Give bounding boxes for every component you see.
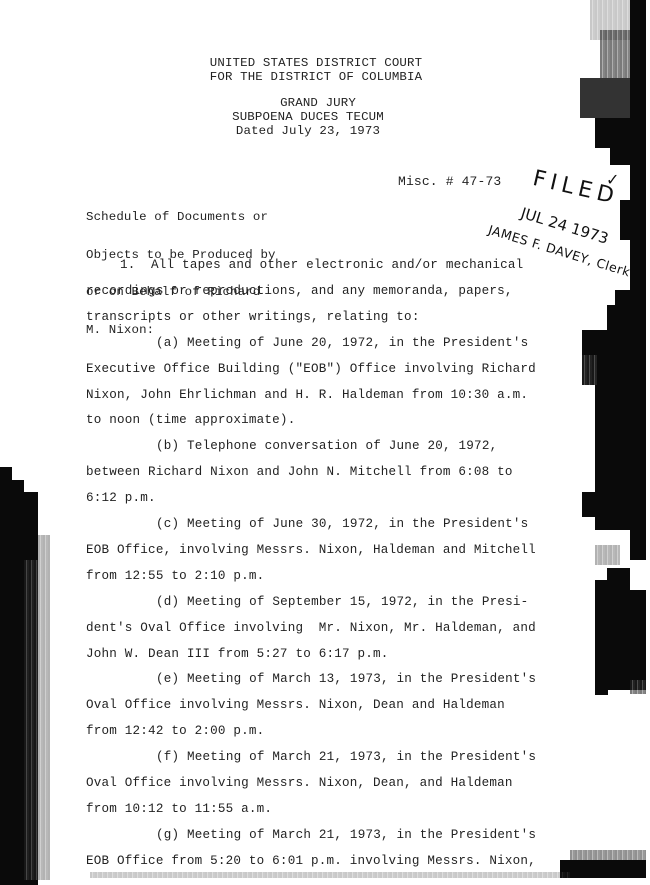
schedule-line: M. Nixon: [86, 324, 276, 337]
body-line: dent's Oval Office involving Mr. Nixon, … [86, 621, 536, 636]
document-page: UNITED STATES DISTRICT COURT FOR THE DIS… [0, 0, 650, 885]
schedule-line: Schedule of Documents or [86, 211, 276, 224]
body-line: (d) Meeting of September 15, 1972, in th… [156, 595, 528, 610]
body-line: Nixon, John Ehrlichman and H. R. Haldema… [86, 388, 528, 403]
body-line: to noon (time approximate). [86, 413, 295, 428]
body-line: (b) Telephone conversation of June 20, 1… [156, 439, 497, 454]
body-line: recordings or reproductions, and any mem… [86, 284, 513, 299]
body-line: (c) Meeting of June 30, 1972, in the Pre… [156, 517, 528, 532]
body-line: Executive Office Building ("EOB") Office… [86, 362, 536, 377]
body-line: from 10:12 to 11:55 a.m. [86, 802, 272, 817]
court-name: UNITED STATES DISTRICT COURT [10, 56, 622, 70]
grand-jury-title: GRAND JURY [12, 96, 624, 110]
court-district: FOR THE DISTRICT OF COLUMBIA [10, 70, 622, 84]
body-line: 6:12 p.m. [86, 491, 156, 506]
body-line: (a) Meeting of June 20, 1972, in the Pre… [156, 336, 528, 351]
body-line: (f) Meeting of March 21, 1973, in the Pr… [156, 750, 536, 765]
body-line: John W. Dean III from 5:27 to 6:17 p.m. [86, 647, 389, 662]
body-line: between Richard Nixon and John N. Mitche… [86, 465, 513, 480]
body-line: from 12:55 to 2:10 p.m. [86, 569, 264, 584]
subpoena-title: SUBPOENA DUCES TECUM [2, 110, 614, 124]
body-line: from 12:42 to 2:00 p.m. [86, 724, 264, 739]
body-line: transcripts or other writings, relating … [86, 310, 420, 325]
body-line: EOB Office from 5:20 to 6:01 p.m. involv… [86, 854, 536, 869]
body-line: Oval Office involving Messrs. Nixon, Dea… [86, 776, 513, 791]
body-line: Oval Office involving Messrs. Nixon, Dea… [86, 698, 505, 713]
body-line: (g) Meeting of March 21, 1973, in the Pr… [156, 828, 536, 843]
checkmark-icon: ✓ [606, 170, 619, 189]
body-line: (e) Meeting of March 13, 1973, in the Pr… [156, 672, 536, 687]
body-line: 1. All tapes and other electronic and/or… [120, 258, 523, 273]
scan-artifact-bottom [90, 872, 570, 878]
case-number: Misc. # 47-73 [398, 174, 501, 189]
body-line: EOB Office, involving Messrs. Nixon, Hal… [86, 543, 536, 558]
dated-line: Dated July 23, 1973 [2, 124, 614, 138]
